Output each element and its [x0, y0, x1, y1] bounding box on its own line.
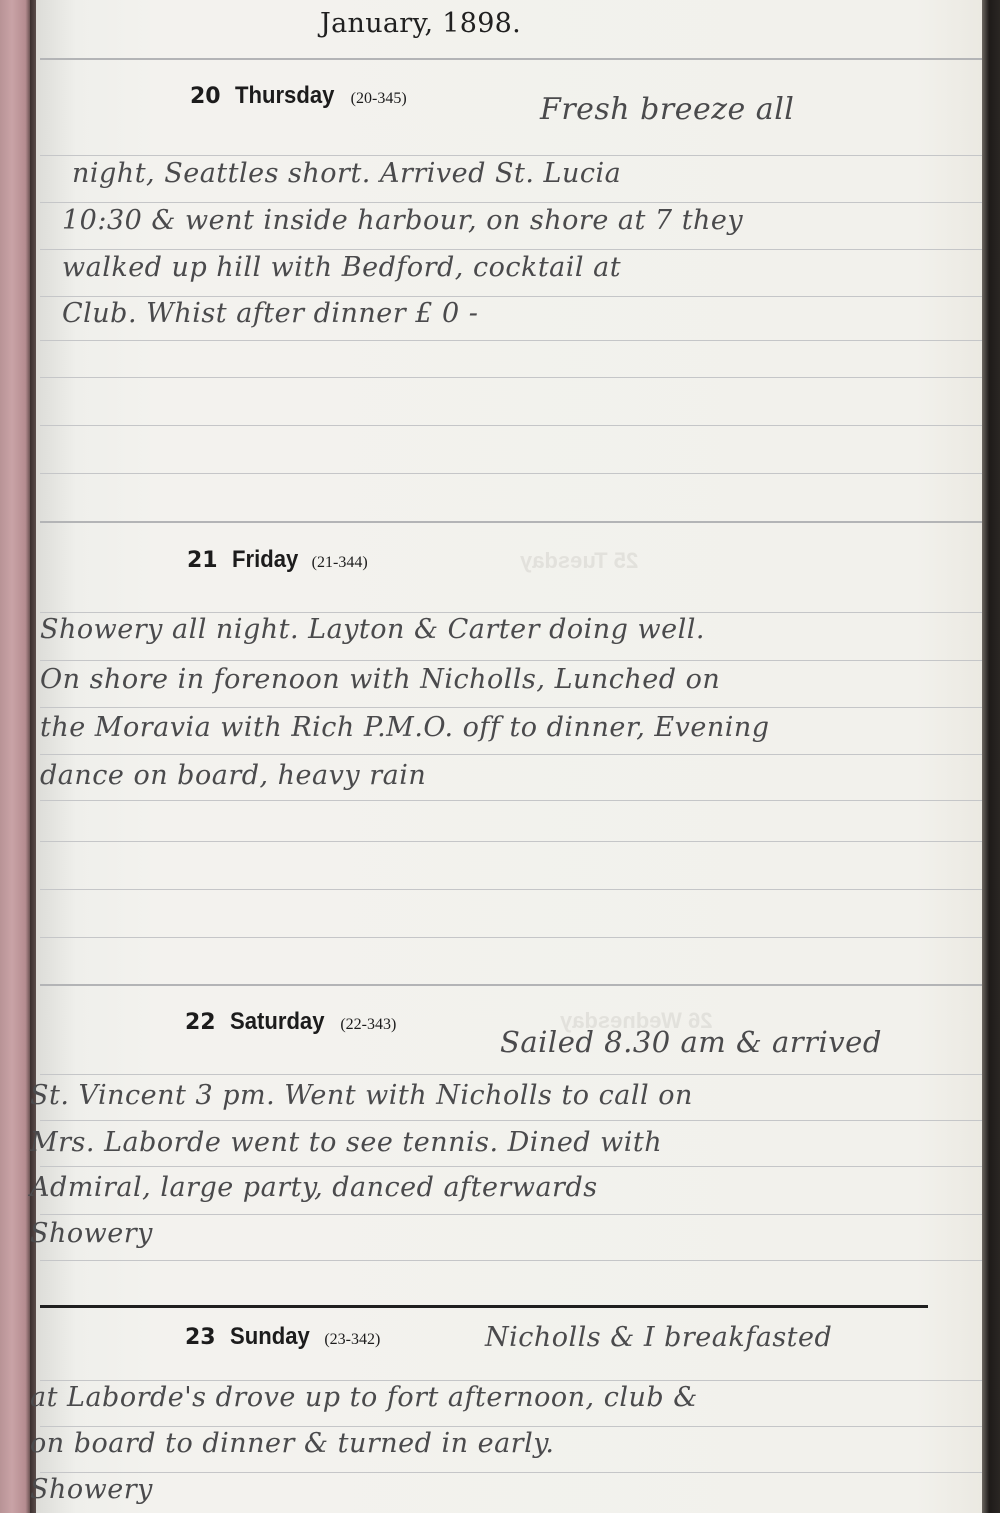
- handwritten-line: 10:30 & went inside harbour, on shore at…: [62, 205, 743, 236]
- day-header-friday: 21 Friday (21-344): [187, 546, 368, 574]
- ruled-line: [40, 155, 982, 156]
- handwritten-line: dance on board, heavy rain: [40, 760, 426, 791]
- handwritten-line: at Laborde's drove up to fort afternoon,…: [30, 1382, 698, 1413]
- handwritten-line: Admiral, large party, danced afterwards: [30, 1172, 598, 1203]
- day-number: 22: [185, 1010, 216, 1035]
- handwritten-line: Showery all night. Layton & Carter doing…: [40, 614, 705, 645]
- ruled-line: [40, 1214, 982, 1215]
- ruled-line: [40, 889, 982, 890]
- day-separator-rule: [40, 984, 982, 986]
- handwritten-line: walked up hill with Bedford, cocktail at: [62, 252, 621, 283]
- ruled-line: [40, 202, 982, 203]
- ruled-line: [40, 425, 982, 426]
- ruled-line: [40, 377, 982, 378]
- ruled-line: [40, 296, 982, 297]
- weekday: Friday: [232, 546, 298, 574]
- day-separator-rule: [40, 521, 982, 523]
- handwritten-line: the Moravia with Rich P.M.O. off to dinn…: [40, 712, 770, 743]
- handwritten-line: Club. Whist after dinner £ 0 -: [62, 298, 478, 329]
- page-edge-shadow: [982, 0, 1000, 1513]
- ruled-line: [40, 340, 982, 341]
- handwritten-line: Fresh breeze all: [540, 92, 794, 127]
- ruled-line: [40, 707, 982, 708]
- day-number: 20: [190, 84, 221, 109]
- day-count: (21-344): [312, 554, 368, 572]
- bleed-through-text: 25 Tuesday: [520, 548, 638, 574]
- handwritten-line: on board to dinner & turned in early.: [30, 1428, 554, 1459]
- ruled-line: [40, 1426, 982, 1427]
- ruled-line: [40, 1166, 982, 1167]
- ruled-line: [40, 1380, 982, 1381]
- ruled-line: [40, 937, 982, 938]
- handwritten-line: night, Seattles short. Arrived St. Lucia: [72, 158, 621, 189]
- ruled-line: [40, 1472, 982, 1473]
- day-count: (23-342): [324, 1331, 380, 1349]
- handwritten-line: Sailed 8.30 am & arrived: [500, 1025, 882, 1059]
- day-header-saturday: 22 Saturday (22-343): [185, 1008, 396, 1036]
- weekday: Saturday: [230, 1008, 324, 1036]
- handwritten-line: St. Vincent 3 pm. Went with Nicholls to …: [30, 1080, 693, 1111]
- ruled-line: [40, 1260, 982, 1261]
- day-number: 21: [187, 548, 218, 573]
- weekday: Sunday: [230, 1323, 310, 1351]
- weekday: Thursday: [235, 82, 334, 110]
- day-number: 23: [185, 1325, 216, 1350]
- book-cover-spine: [0, 0, 30, 1513]
- ruled-line: [40, 754, 982, 755]
- ruled-line: [40, 800, 982, 801]
- ruled-line: [40, 1074, 982, 1075]
- ruled-line: [40, 473, 982, 474]
- handwritten-line: Showery: [30, 1474, 153, 1505]
- week-end-thick-rule: [40, 1305, 928, 1308]
- ruled-line: [40, 1120, 982, 1121]
- ruled-line: [40, 249, 982, 250]
- handwritten-line: On shore in forenoon with Nicholls, Lunc…: [40, 664, 720, 695]
- ruled-line: [40, 660, 982, 661]
- header-rule: [40, 58, 982, 60]
- page-title: January, 1898.: [320, 8, 521, 39]
- day-header-sunday: 23 Sunday (23-342): [185, 1323, 380, 1351]
- day-count: (22-343): [340, 1016, 396, 1034]
- day-header-thursday: 20 Thursday (20-345): [190, 82, 407, 110]
- handwritten-line: Showery: [30, 1218, 153, 1249]
- handwritten-line: Nicholls & I breakfasted: [485, 1322, 832, 1353]
- ruled-line: [40, 612, 982, 613]
- handwritten-line: Mrs. Laborde went to see tennis. Dined w…: [30, 1127, 662, 1158]
- day-count: (20-345): [351, 90, 407, 108]
- ruled-line: [40, 841, 982, 842]
